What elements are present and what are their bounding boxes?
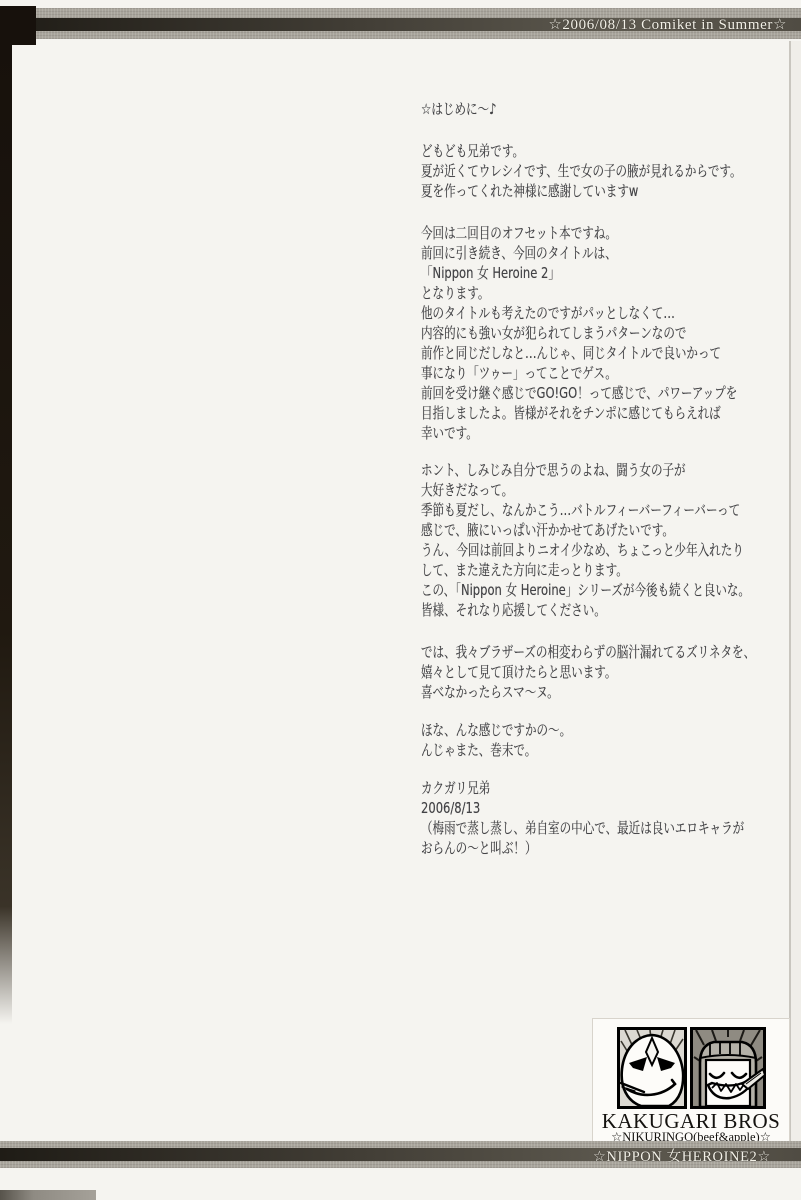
afterword-text: ☆はじめに～♪どもども兄弟です。夏が近くてウレシイです、生で女の子の腋が見れるか… <box>421 99 769 880</box>
round-face-brother-icon <box>617 1027 687 1109</box>
logo-panels <box>593 1027 789 1109</box>
square-face-brother-icon <box>690 1027 766 1109</box>
header-event-label: ☆2006/08/13 Comiket in Summer☆ <box>548 15 787 34</box>
logo-title: KAKUGARI BROS <box>593 1111 789 1131</box>
paragraph-7: カクガリ兄弟2006/8/13（梅雨で蒸し蒸し、弟自室の中心で、最近は良いエロキ… <box>421 778 769 858</box>
header-band: ☆2006/08/13 Comiket in Summer☆ <box>0 8 801 39</box>
paragraph-6: ほな、んな感じですかの～。んじゃまた、巻末で。 <box>421 720 769 760</box>
paragraph-1: ☆はじめに～♪ <box>421 99 769 119</box>
scanned-doujin-page: ☆2006/08/13 Comiket in Summer☆ ☆はじめに～♪ども… <box>0 0 801 1200</box>
page-gutter-shadow <box>0 44 12 1024</box>
page-edge-line <box>789 41 791 1141</box>
circle-logo-plate: KAKUGARI BROS ☆NIKURINGO(beef&apple)☆ <box>592 1018 790 1142</box>
footer-title-label: ☆NIPPON 女HEROINE2☆ <box>593 1145 771 1166</box>
paragraph-5: では、我々ブラザーズの相変わらずの脳汁漏れてるズリネタを、嬉々として見て頂けたら… <box>421 642 769 702</box>
page-edge-margin <box>791 41 801 1141</box>
scan-edge-artifact <box>0 1190 96 1200</box>
paragraph-3: 今回は二回目のオフセット本ですね。前回に引き続き、今回のタイトルは、「Nippo… <box>421 223 769 443</box>
paragraph-4: ホント、しみじみ自分で思うのよね、闘う女の子が大好きだなって。季節も夏だし、なん… <box>421 460 769 620</box>
footer-band: ☆NIPPON 女HEROINE2☆ <box>0 1141 801 1168</box>
page-gutter-corner <box>0 6 36 45</box>
paragraph-2: どもども兄弟です。夏が近くてウレシイです、生で女の子の腋が見れるからです。夏を作… <box>421 141 769 201</box>
